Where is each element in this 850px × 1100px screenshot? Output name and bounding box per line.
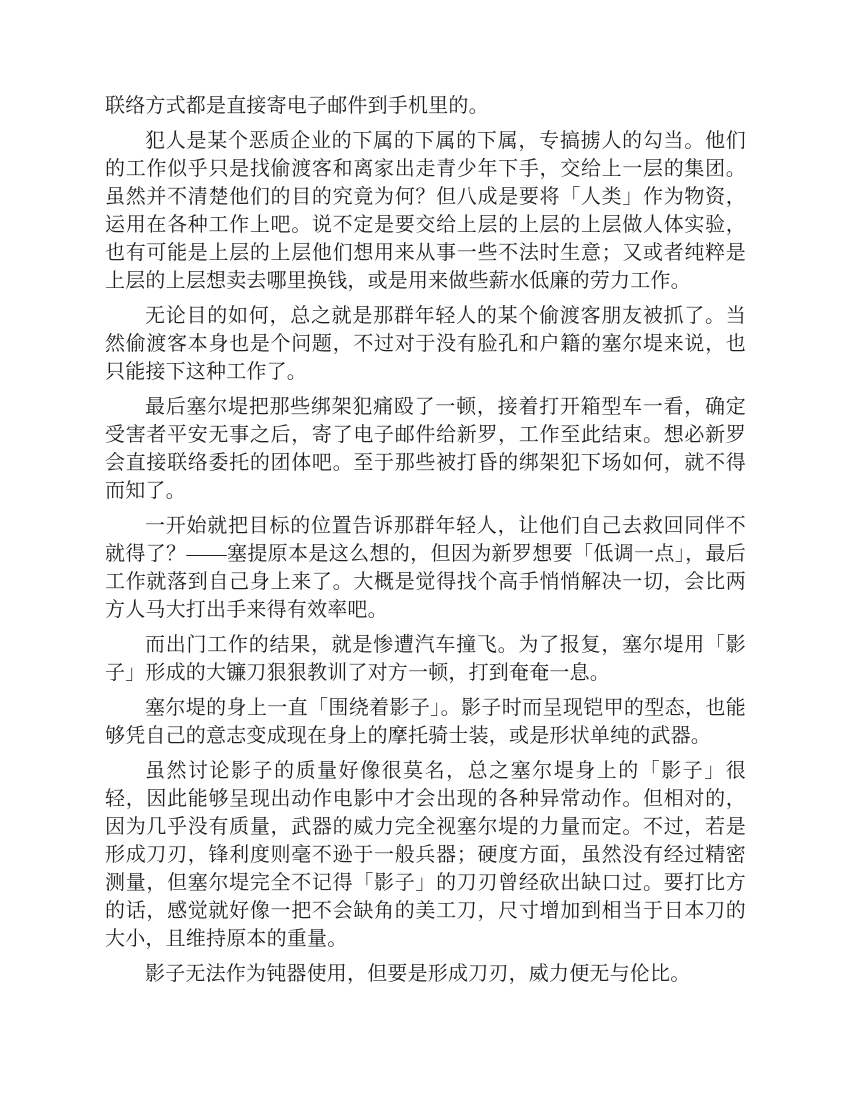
paragraph: 无论目的如何，总之就是那群年轻人的某个偷渡客朋友被抓了。当然偷渡客本身也是个问题…: [105, 302, 746, 386]
paragraph: 塞尔堤的身上一直「围绕着影子」。影子时而呈现铠甲的型态，也能够凭自己的意志变成现…: [105, 694, 746, 750]
paragraph: 而出门工作的结果，就是惨遭汽车撞飞。为了报复，塞尔堤用「影子」形成的大镰刀狠狠教…: [105, 631, 746, 687]
paragraph: 最后塞尔堤把那些绑架犯痛殴了一顿，接着打开箱型车一看，确定受害者平安无事之后，寄…: [105, 393, 746, 505]
paragraph: 犯人是某个恶质企业的下属的下属的下属，专搞掳人的勾当。他们的工作似乎只是找偷渡客…: [105, 127, 746, 295]
paragraph: 一开始就把目标的位置告诉那群年轻人，让他们自己去救回同伴不就得了？——塞提原本是…: [105, 512, 746, 624]
document-page: 联络方式都是直接寄电子邮件到手机里的。 犯人是某个恶质企业的下属的下属的下属，专…: [105, 92, 746, 988]
paragraph: 联络方式都是直接寄电子邮件到手机里的。: [105, 92, 746, 120]
paragraph: 虽然讨论影子的质量好像很莫名，总之塞尔堤身上的「影子」很轻，因此能够呈现出动作电…: [105, 757, 746, 953]
paragraph: 影子无法作为钝器使用，但要是形成刀刃，威力便无与伦比。: [105, 960, 746, 988]
